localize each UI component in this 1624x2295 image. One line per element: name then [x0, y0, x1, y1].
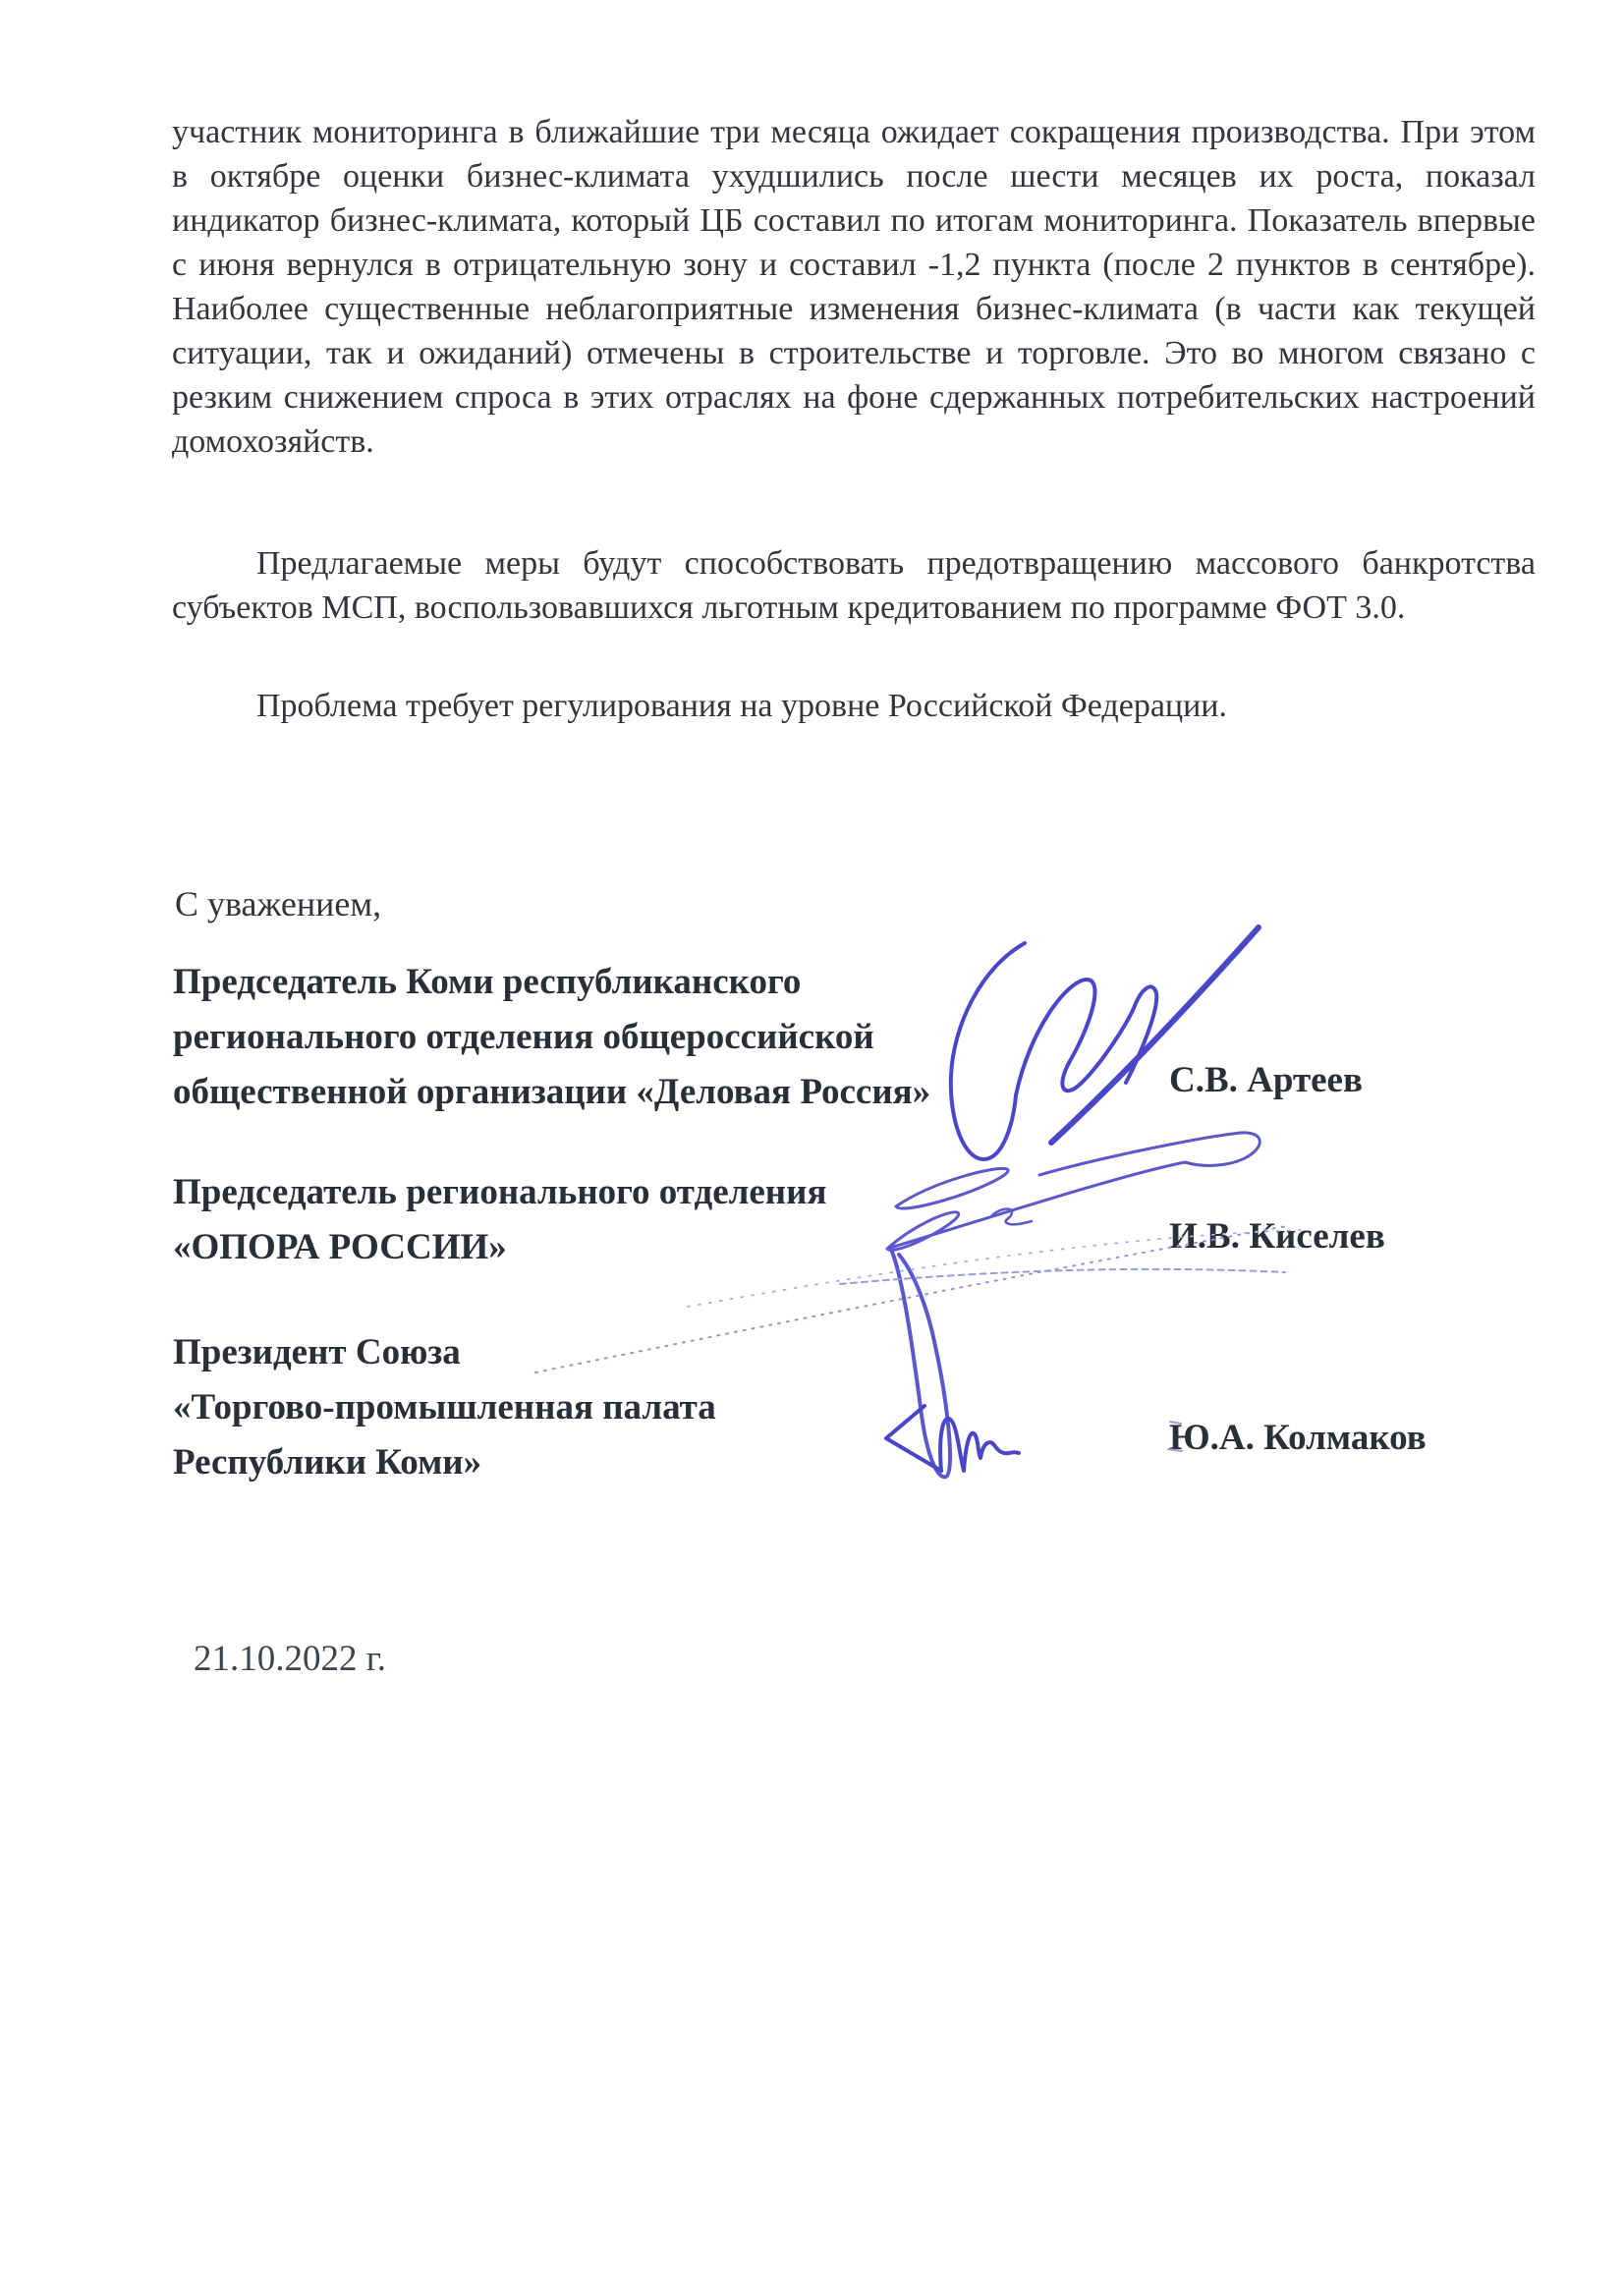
closing-respectfully: С уважением,: [175, 883, 381, 924]
title-line: «ОПОРА РОССИИ»: [173, 1227, 507, 1267]
title-line: «Торгово-промышленная палата: [173, 1387, 716, 1427]
scanned-letter-page: участник мониторинга в ближайшие три мес…: [0, 0, 1624, 2295]
title-line: общественной организации «Деловая Россия…: [173, 1072, 930, 1112]
title-line: Председатель Коми республиканского: [173, 962, 801, 1002]
signatory-title-delovaya-rossiya: Председатель Коми республиканского регио…: [173, 955, 979, 1120]
signatory-name-kolmakov: Ю.А. Колмаков: [1169, 1417, 1427, 1459]
title-line: Президент Союза: [173, 1332, 461, 1372]
signatory-title-chamber-komi: Президент Союза «Торгово-промышленная па…: [173, 1325, 979, 1490]
paragraph-proposed-measures: Предлагаемые меры будут способствовать п…: [172, 541, 1536, 630]
signatory-title-opora-rossii: Председатель регионального отделения «ОП…: [173, 1165, 979, 1275]
title-line: регионального отделения общероссийской: [173, 1017, 874, 1057]
signatory-name-kiselev: И.В. Киселев: [1169, 1215, 1385, 1258]
signatory-name-arteev: С.В. Артеев: [1169, 1059, 1363, 1101]
title-line: Председатель регионального отделения: [173, 1172, 826, 1212]
document-date: 21.10.2022 г.: [194, 1638, 386, 1680]
title-line: Республики Коми»: [173, 1442, 481, 1483]
paragraph-business-climate: участник мониторинга в ближайшие три мес…: [172, 110, 1536, 464]
paragraph-problem-regulation: Проблема требует регулирования на уровне…: [172, 684, 1536, 728]
signature-arteev-ink: [951, 927, 1259, 1159]
